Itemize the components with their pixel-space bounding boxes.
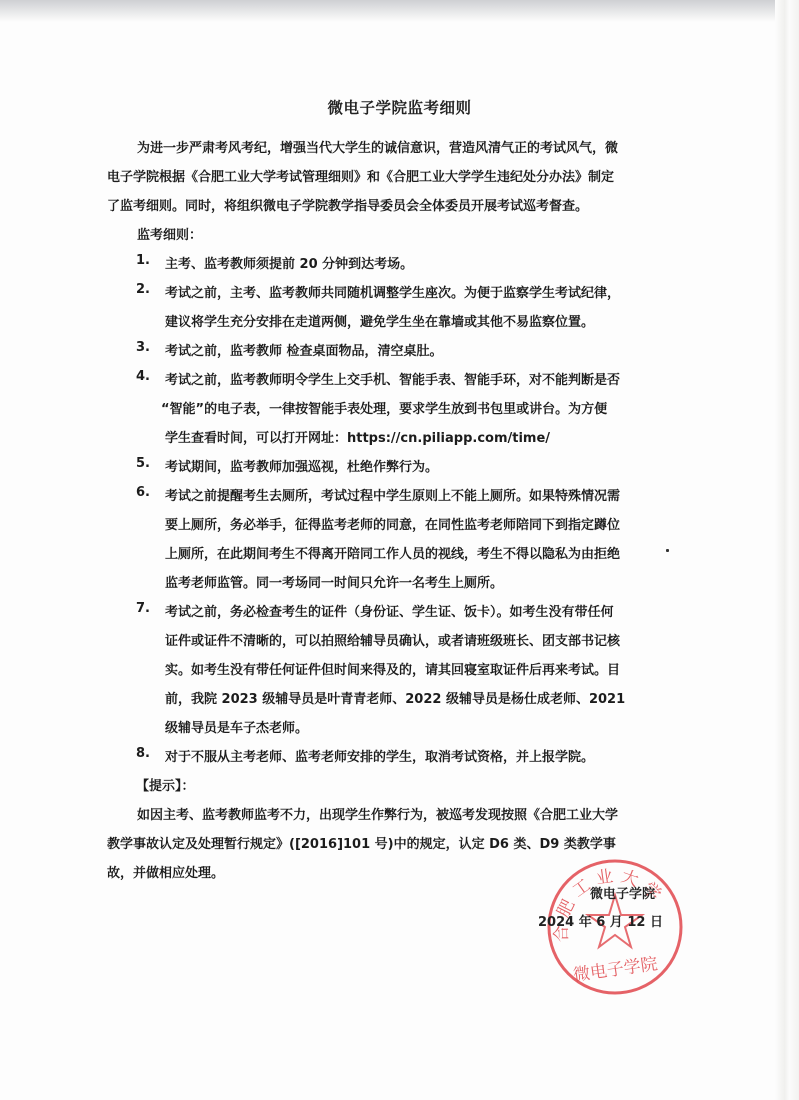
rule-line: 要上厕所，务必举手，征得监考老师的同意，在同性监考老师陪同下到指定蹲位 xyxy=(165,514,620,533)
rule-line: “智能”的电子表，一律按智能手表处理，要求学生放到书包里或讲台。为方便 xyxy=(161,398,607,417)
rule-number: 8. xyxy=(136,746,150,761)
rule-line: 主考、监考教师须提前 20 分钟到达考场。 xyxy=(165,253,413,272)
rule-line: 前，我院 2023 级辅导员是叶青青老师、2022 级辅导员是杨仕成老师、202… xyxy=(165,688,625,707)
rule-line: 考试之前，监考教师明令学生上交手机、智能手表、智能手环，对不能判断是否 xyxy=(165,369,620,388)
signature-date: 2024 年 6 月 12 日 xyxy=(538,911,663,930)
rule-line: 考试之前，主考、监考教师共同随机调整学生座次。为便于监察学生考试纪律， xyxy=(165,282,620,301)
tip-line: 如因主考、监考教师监考不力，出现学生作弊行为，被巡考发现按照《合肥工业大学 xyxy=(137,804,618,823)
scan-speck xyxy=(666,549,669,552)
rule-number: 3. xyxy=(136,340,150,355)
rule-line: 建议将学生充分安排在走道两侧，避免学生坐在靠墙或其他不易监察位置。 xyxy=(165,311,594,330)
document-page: 微电子学院监考细则 为进一步严肃考风考纪，增强当代大学生的诚信意识，营造风清气正… xyxy=(0,0,799,1100)
seal-bottom-text: 微电子学院 xyxy=(572,954,659,986)
intro-line: 为进一步严肃考风考纪，增强当代大学生的诚信意识，营造风清气正的考试风气，微 xyxy=(137,137,618,156)
rule-line: 级辅导员是车子杰老师。 xyxy=(165,717,308,736)
rule-line: 证件或证件不清晰的，可以拍照给辅导员确认，或者请班级班长、团支部书记核 xyxy=(165,630,620,649)
document-title: 微电子学院监考细则 xyxy=(0,96,799,118)
rule-number: 4. xyxy=(136,369,150,384)
signature-org: 微电子学院 xyxy=(590,883,655,902)
intro-line: 电子学院根据《合肥工业大学考试管理细则》和《合肥工业大学学生违纪处分办法》制定 xyxy=(107,166,614,185)
rules-heading: 监考细则： xyxy=(137,224,202,243)
rule-line: 考试期间，监考教师加强巡视，杜绝作弊行为。 xyxy=(165,456,438,475)
rule-line: 考试之前提醒考生去厕所，考试过程中学生原则上不能上厕所。如果特殊情况需 xyxy=(165,485,620,504)
rule-number: 5. xyxy=(136,456,150,471)
tip-heading: 【提示】： xyxy=(136,775,195,794)
rule-number: 2. xyxy=(136,282,150,297)
rule-number: 7. xyxy=(136,601,150,616)
rule-line: 学生查看时间，可以打开网址：https://cn.piliapp.com/tim… xyxy=(165,427,550,446)
tip-line: 故，并做相应处理。 xyxy=(107,862,224,881)
rule-number: 6. xyxy=(136,485,150,500)
rule-line: 考试之前，务必检查考生的证件（身份证、学生证、饭卡）。如考生没有带任何 xyxy=(165,601,614,620)
rule-number: 1. xyxy=(136,253,150,268)
rule-line: 对于不服从主考老师、监考老师安排的学生，取消考试资格，并上报学院。 xyxy=(165,746,594,765)
rule-line: 监考老师监管。同一考场同一时间只允许一名考生上厕所。 xyxy=(165,572,503,591)
rule-line: 上厕所，在此期间考生不得离开陪同工作人员的视线，考生不得以隐私为由拒绝 xyxy=(165,543,620,562)
tip-line: 教学事故认定及处理暂行规定》([2016]101 号)中的规定，认定 D6 类、… xyxy=(107,833,616,852)
rule-line: 实。如考生没有带任何证件但时间来得及的，请其回寝室取证件后再来考试。目 xyxy=(165,659,620,678)
rule-line: 考试之前，监考教师 检查桌面物品，清空桌肚。 xyxy=(165,340,443,359)
intro-line: 了监考细则。同时，将组织微电子学院教学指导委员会全体委员开展考试巡考督查。 xyxy=(107,195,588,214)
